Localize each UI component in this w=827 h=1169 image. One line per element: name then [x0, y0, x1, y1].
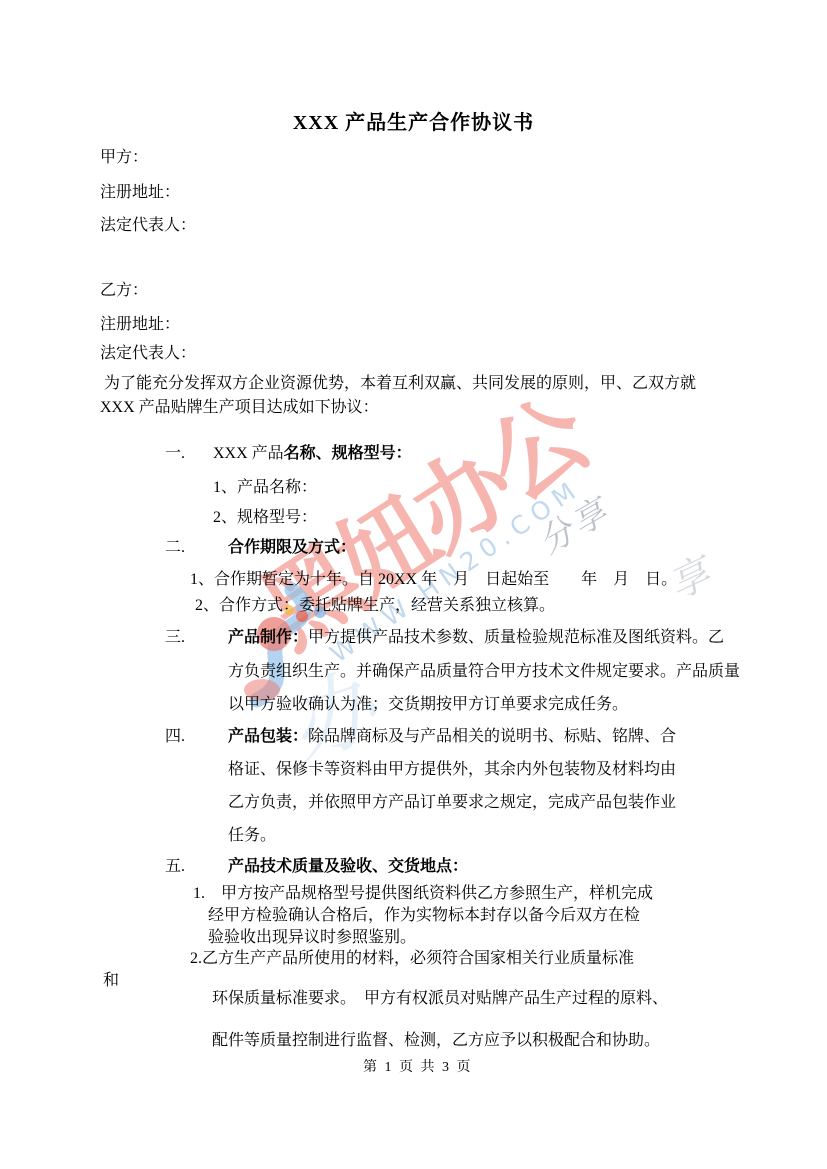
- section-2-number: 二.: [165, 538, 185, 558]
- section-3-line-1-rest: 甲方提供产品技术参数、质量检验规范标准及图纸资料。乙: [308, 629, 724, 646]
- section-2-item-1: 1、合作期暂定为十年。自 20XX 年 月 日起始至 年 月 日。: [190, 570, 677, 590]
- section-1-item-2: 2、规格型号：: [213, 508, 317, 528]
- section-4-line-4: 任务。: [228, 826, 276, 846]
- section-5-item-2-hanging-word: 和: [103, 971, 119, 991]
- page-number-footer: 第 1 页 共 3 页: [363, 1056, 473, 1076]
- party-b-label: 乙方：: [100, 281, 148, 301]
- preamble-line-2: XXX 产品贴牌生产项目达成如下协议：: [100, 398, 379, 418]
- section-1-heading-bold: 名称、规格型号：: [284, 445, 412, 462]
- section-3-heading-bold: 产品制作：: [228, 629, 308, 646]
- section-1-item-1: 1、产品名称：: [213, 478, 317, 498]
- section-3-line-2: 方负责组织生产。并确保产品质量符合甲方技术文件规定要求。产品质量: [228, 662, 740, 682]
- section-5-item-1-line-2: 经甲方检验确认合格后，作为实物标本封存以备今后双方在检: [208, 906, 640, 926]
- section-4-line-2: 格证、保修卡等资料由甲方提供外，其余内外包装物及材料均由: [228, 760, 676, 780]
- section-5-item-2-line-3: 配件等质量控制进行监督、检测，乙方应予以积极配合和协助。: [212, 1031, 660, 1051]
- section-2-heading: 合作期限及方式：: [228, 538, 356, 558]
- section-4-line-1: 产品包装：除品牌商标及与产品相关的说明书、标贴、铭牌、合: [228, 727, 676, 747]
- section-4-number: 四.: [165, 727, 185, 747]
- section-5-heading: 产品技术质量及验收、交货地点：: [228, 857, 468, 877]
- section-4-line-3: 乙方负责，并依照甲方产品订单要求之规定，完成产品包装作业: [228, 793, 676, 813]
- party-a-label: 甲方：: [100, 148, 148, 168]
- party-b-legal-rep-label: 法定代表人：: [100, 344, 196, 364]
- page-title: XXX 产品生产合作协议书: [0, 106, 827, 135]
- section-1-heading: XXX 产品名称、规格型号：: [213, 444, 412, 464]
- contract-page: 黑妞办公 WWW.HN20.COM 分享 享 办 XXX 产品生产合作协议书 甲…: [0, 0, 827, 1169]
- section-3-line-3: 以甲方验收确认为准；交货期按甲方订单要求完成任务。: [228, 695, 628, 715]
- section-5-item-1-line-3: 验验收出现异议时参照鉴别。: [208, 928, 416, 948]
- section-5-number: 五.: [165, 857, 185, 877]
- party-a-legal-rep-label: 法定代表人：: [100, 216, 196, 236]
- section-5-item-2-line-1: 2.乙方生产产品所使用的材料，必须符合国家相关行业质量标准: [190, 949, 634, 969]
- section-3-number: 三.: [165, 628, 185, 648]
- section-4-line-1-rest: 除品牌商标及与产品相关的说明书、标贴、铭牌、合: [308, 728, 676, 745]
- party-a-address-label: 注册地址：: [100, 183, 180, 203]
- section-5-item-1-line-1: 1. 甲方按产品规格型号提供图纸资料供乙方参照生产，样机完成: [193, 884, 653, 904]
- section-4-heading-bold: 产品包装：: [228, 728, 308, 745]
- preamble-line-1: 为了能充分发挥双方企业资源优势，本着互利双赢、共同发展的原则，甲、乙双方就: [104, 374, 696, 394]
- section-1-number: 一.: [165, 444, 185, 464]
- section-2-item-2: 2、合作方式：委托贴牌生产，经营关系独立核算。: [195, 596, 555, 616]
- watermark-script-text: 分享: [528, 483, 618, 563]
- section-1-heading-normal: XXX 产品: [213, 445, 284, 462]
- section-3-line-1: 产品制作：甲方提供产品技术参数、质量检验规范标准及图纸资料。乙: [228, 628, 724, 648]
- section-5-item-2-line-2: 环保质量标准要求。 甲方有权派员对贴牌产品生产过程的原料、: [212, 989, 668, 1009]
- party-b-address-label: 注册地址：: [100, 315, 180, 335]
